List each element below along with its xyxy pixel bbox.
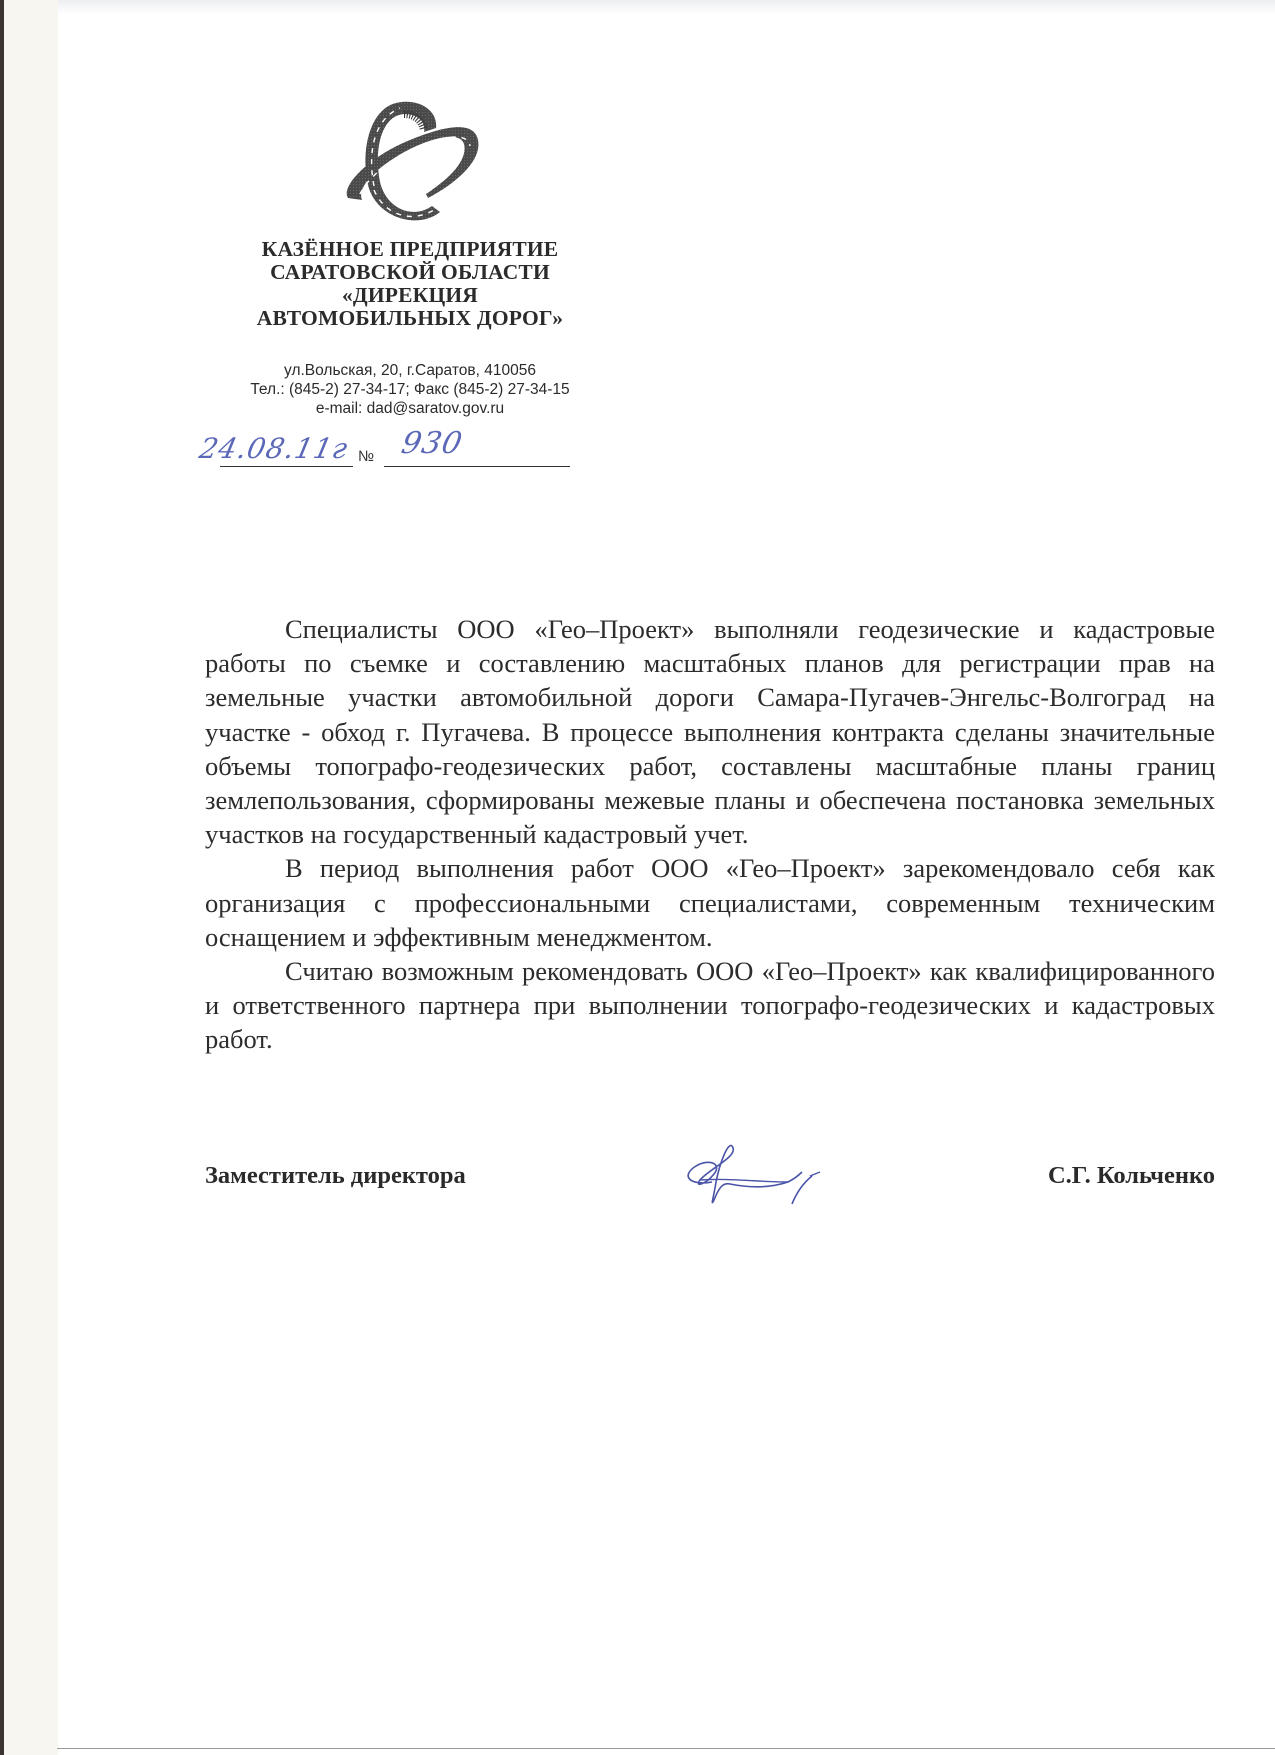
handwritten-number: 930 [398, 426, 466, 461]
handwritten-date: 24.08.11г [196, 432, 351, 465]
org-name-line: АВТОМОБИЛЬНЫХ ДОРОГ» [210, 307, 610, 330]
letter-body: Специалисты ООО «Гео–Проект» выполняли г… [205, 612, 1215, 1057]
org-name-line: КАЗЁННОЕ ПРЕДПРИЯТИЕ [210, 238, 610, 261]
body-paragraph: Считаю возможным рекомендовать ООО «Гео–… [205, 954, 1215, 1057]
scan-left-edge [0, 0, 4, 1755]
email-line: e-mail: dad@saratov.gov.ru [200, 399, 620, 418]
signatory-title: Заместитель директора [205, 1162, 466, 1190]
org-name-line: «ДИРЕКЦИЯ [210, 284, 610, 307]
body-paragraph: В период выполнения работ ООО «Гео–Проек… [205, 851, 1215, 954]
signature-block: Заместитель директора С.Г. Кольченко [205, 1150, 1215, 1220]
number-underline [384, 466, 570, 467]
address-line: ул.Вольская, 20, г.Саратов, 410056 [200, 361, 620, 380]
number-label: № [358, 448, 374, 465]
organization-contacts: ул.Вольская, 20, г.Саратов, 410056 Тел.:… [200, 361, 620, 418]
signatory-name: С.Г. Кольченко [1048, 1162, 1215, 1190]
registration-row: 24.08.11г № 930 [200, 430, 580, 470]
organization-name: КАЗЁННОЕ ПРЕДПРИЯТИЕ САРАТОВСКОЙ ОБЛАСТИ… [210, 238, 610, 330]
body-paragraph: Специалисты ООО «Гео–Проект» выполняли г… [205, 612, 1215, 851]
org-name-line: САРАТОВСКОЙ ОБЛАСТИ [210, 261, 610, 284]
scan-left-margin [0, 0, 58, 1755]
phone-fax-line: Тел.: (845-2) 27-34-17; Факс (845-2) 27-… [200, 380, 620, 399]
road-loop-logo-icon [340, 90, 490, 230]
scan-top-shadow [58, 0, 1275, 14]
handwritten-signature-icon [670, 1142, 850, 1214]
date-underline [220, 466, 353, 467]
scan-bottom-edge [57, 1748, 1275, 1749]
